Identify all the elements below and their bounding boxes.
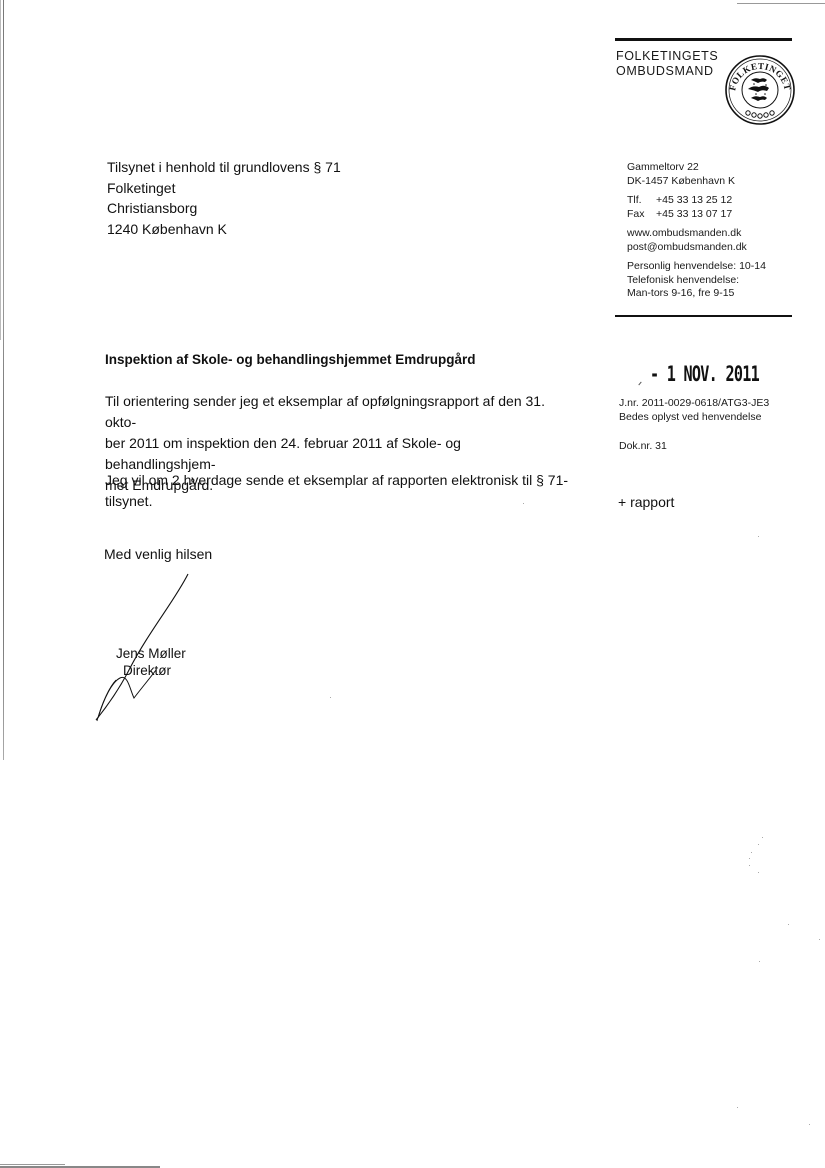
sender-street: Gammeltorv 22 (627, 161, 766, 175)
scan-speck (330, 697, 331, 698)
body-line: ber 2011 om inspektion den 24. februar 2… (105, 433, 575, 475)
stamp-mark (638, 382, 641, 386)
fax-label: Fax (627, 208, 656, 222)
recipient-line: Christiansborg (107, 198, 341, 219)
sender-web: www.ombudsmanden.dk post@ombudsmanden.dk (627, 227, 766, 254)
body-paragraph-2: Jeg vil om 2 hverdage sende et eksemplar… (105, 470, 575, 512)
case-number: J.nr. 2011-0029-0618/ATG3-JE3 (619, 397, 769, 411)
folketinget-seal-icon: FOLKETINGET (724, 54, 796, 126)
sender-info: Gammeltorv 22 DK-1457 København K Tlf.+4… (627, 161, 766, 307)
scan-speck (751, 852, 752, 853)
recipient-line: Tilsynet i henhold til grundlovens § 71 (107, 157, 341, 178)
recipient-address: Tilsynet i henhold til grundlovens § 71 … (107, 157, 341, 239)
case-note: Bedes oplyst ved henvendelse (619, 411, 769, 425)
phone-value: +45 33 13 25 12 (656, 194, 732, 206)
org-name-line2: OMBUDSMAND (616, 64, 718, 79)
scan-speck (809, 1124, 810, 1125)
letter-subject: Inspektion af Skole- og behandlingshjemm… (105, 352, 476, 367)
recipient-line: 1240 København K (107, 219, 341, 240)
sender-hours: Personlig henvendelse: 10-14 Telefonisk … (627, 260, 766, 301)
scan-speck (758, 536, 759, 537)
scan-speck (788, 924, 789, 925)
letterhead-bottom-rule (615, 315, 792, 317)
body-line: Jeg vil om 2 hverdage sende et eksemplar… (105, 470, 575, 491)
hours-personal: Personlig henvendelse: 10-14 (627, 260, 766, 274)
sender-website-link[interactable]: www.ombudsmanden.dk (627, 227, 766, 241)
document-number: Dok.nr. 31 (619, 440, 667, 452)
organization-name: FOLKETINGETS OMBUDSMAND (616, 49, 718, 79)
hours-phone: Man-tors 9-16, fre 9-15 (627, 287, 766, 301)
scan-speck (758, 872, 759, 873)
scan-speck (819, 939, 820, 940)
org-name-line1: FOLKETINGETS (616, 49, 718, 64)
hours-phone-label: Telefonisk henvendelse: (627, 274, 766, 288)
handwritten-signature (90, 570, 210, 730)
sender-address: Gammeltorv 22 DK-1457 København K (627, 161, 766, 188)
sender-email-link[interactable]: post@ombudsmanden.dk (627, 241, 766, 255)
scan-speck (737, 1107, 738, 1108)
body-line: tilsynet. (105, 491, 575, 512)
phone-label: Tlf. (627, 194, 656, 208)
enclosure-note: + rapport (618, 494, 674, 510)
sender-phone-fax: Tlf.+45 33 13 25 12 Fax+45 33 13 07 17 (627, 194, 766, 221)
sender-fax: Fax+45 33 13 07 17 (627, 208, 766, 222)
scan-edge-artifact (0, 0, 1, 340)
scan-speck (759, 961, 760, 962)
closing-salutation: Med venlig hilsen (104, 546, 212, 562)
scan-speck (523, 503, 524, 504)
sender-city: DK-1457 København K (627, 175, 766, 189)
sender-phone: Tlf.+45 33 13 25 12 (627, 194, 766, 208)
scan-edge-artifact (737, 3, 825, 4)
date-stamp: - 1 NOV. 2011 (650, 362, 759, 386)
scan-edge-artifact (0, 1164, 65, 1165)
scan-speck (762, 837, 763, 838)
fax-value: +45 33 13 07 17 (656, 208, 732, 220)
body-line: Til orientering sender jeg et eksemplar … (105, 391, 575, 433)
letterhead-top-rule (615, 38, 792, 41)
scan-speck (758, 844, 759, 845)
scan-edge-artifact (3, 0, 4, 760)
scan-speck (749, 858, 750, 859)
recipient-line: Folketinget (107, 178, 341, 199)
case-reference: J.nr. 2011-0029-0618/ATG3-JE3 Bedes oply… (619, 397, 769, 424)
scan-speck (749, 865, 750, 866)
